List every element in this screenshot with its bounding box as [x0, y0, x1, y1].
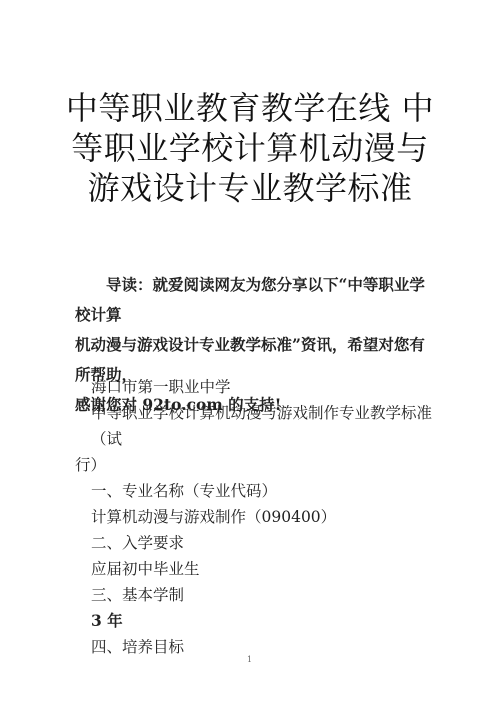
title-line-3: 游戏设计专业教学标准 — [60, 168, 440, 208]
document-title: 中等职业教育教学在线 中 等职业学校计算机动漫与 游戏设计专业教学标准 — [60, 88, 440, 208]
section-1-heading: 一、专业名称（专业代码） — [75, 478, 440, 504]
section-4-heading: 四、培养目标 — [75, 634, 440, 660]
section-2-value: 应届初中毕业生 — [75, 556, 440, 582]
school-name: 海口市第一职业中学 — [75, 374, 440, 400]
intro-line-1: 导读：就爱阅读网友为您分享以下“中等职业学校计算 — [75, 270, 440, 330]
page-number: 1 — [247, 655, 252, 664]
title-line-1: 中等职业教育教学在线 中 — [60, 88, 440, 128]
section-2-heading: 二、入学要求 — [75, 530, 440, 556]
document-body: 海口市第一职业中学 中等职业学校计算机动漫与游戏制作专业教学标准（试 行） 一、… — [75, 374, 440, 660]
section-3-heading: 三、基本学制 — [75, 582, 440, 608]
standard-title-line-1: 中等职业学校计算机动漫与游戏制作专业教学标准（试 — [75, 400, 440, 452]
title-line-2: 等职业学校计算机动漫与 — [60, 128, 440, 168]
standard-title-line-2: 行） — [75, 452, 440, 478]
section-1-value: 计算机动漫与游戏制作（090400） — [75, 504, 440, 530]
section-3-value: 3 年 — [75, 608, 440, 634]
